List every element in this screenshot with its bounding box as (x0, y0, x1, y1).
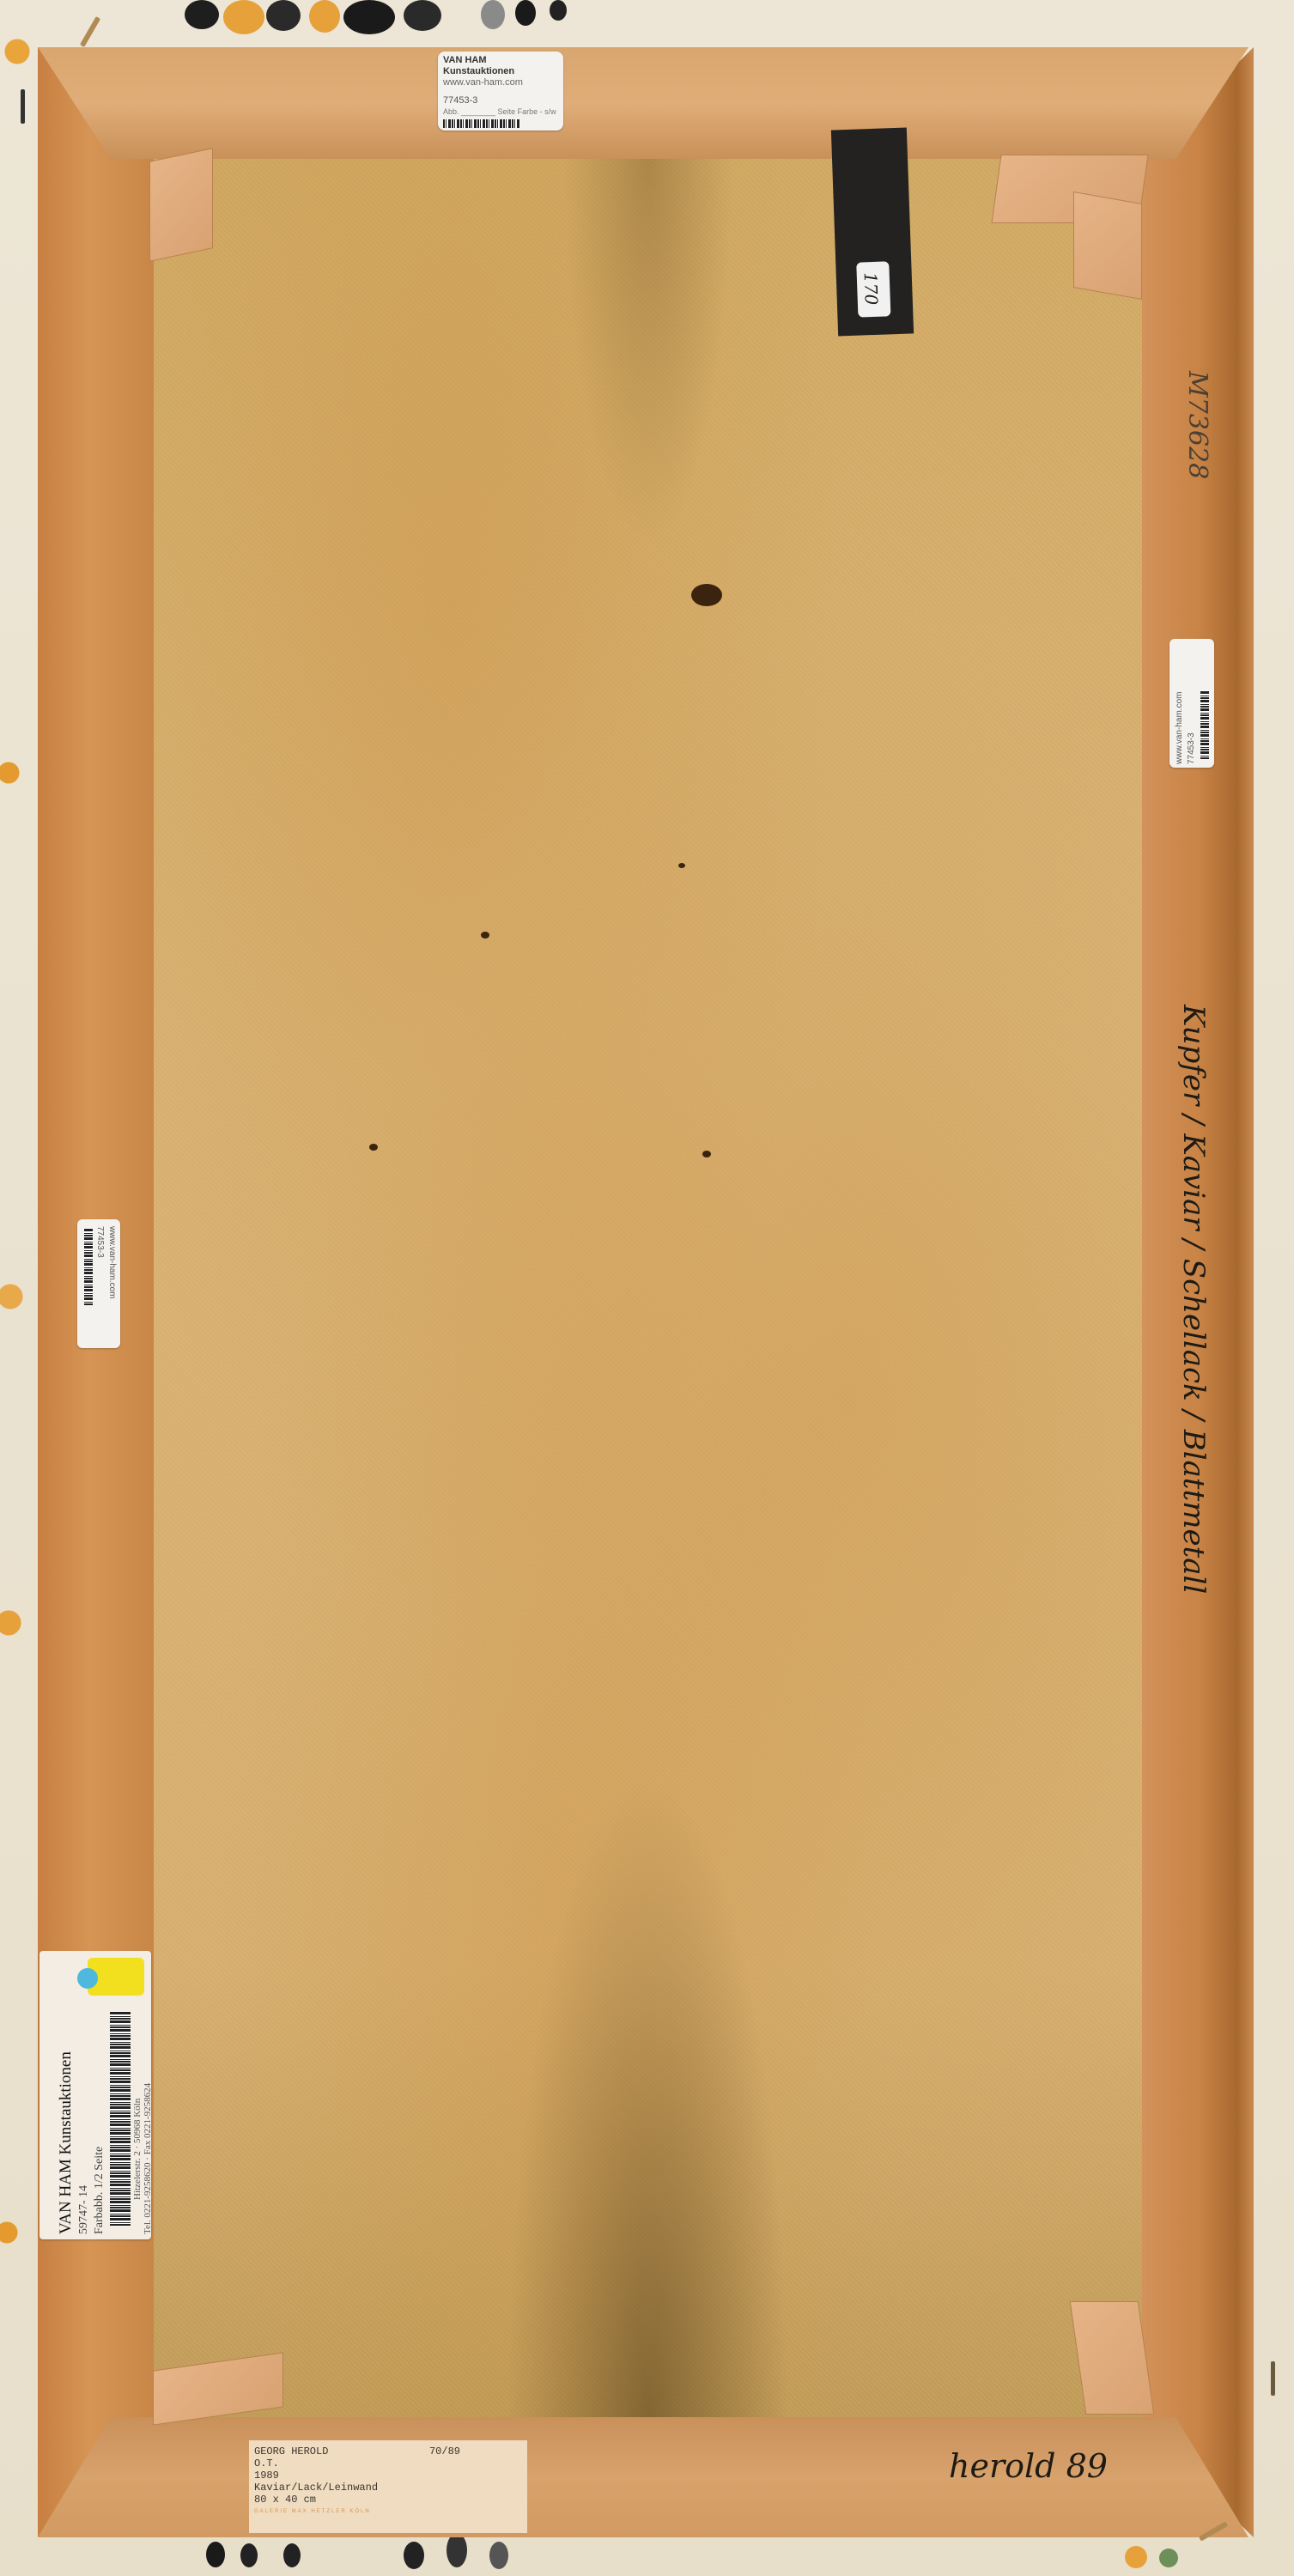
small-lot-label-left: www.van-ham.com 77453-3 (77, 1219, 120, 1348)
label-website: www.van-ham.com (443, 77, 558, 88)
barcode (110, 2011, 131, 2226)
tape-tag-number: 170 (860, 272, 882, 306)
gallery-label-year: 1989 (254, 2470, 522, 2482)
label-website: www.van-ham.com (1175, 692, 1184, 764)
label-lot-number: 77453-3 (95, 1226, 105, 1258)
canvas-stain (678, 863, 685, 868)
corner-key (1073, 191, 1142, 300)
paint-drip (266, 0, 301, 31)
paint-drip (223, 0, 264, 34)
paint-drip (447, 2533, 467, 2567)
canvas-back (154, 159, 1142, 2417)
corner-key (149, 148, 213, 262)
canvas-stain (369, 1144, 378, 1151)
staple (21, 89, 25, 124)
label-company: VAN HAM Kunstauktionen (443, 55, 558, 77)
paint-drip (185, 0, 219, 29)
barcode (1200, 690, 1209, 759)
paint-drip (489, 2542, 508, 2569)
paint-drip (515, 0, 536, 26)
canvas-stain (691, 584, 722, 606)
tape-tag: 170 (856, 261, 890, 317)
auction-label-left: VAN HAM Kunstauktionen 59747- 14 Farbabb… (39, 1951, 151, 2239)
paint-drip (283, 2543, 301, 2567)
small-lot-label-right: www.van-ham.com 77453-3 (1169, 639, 1214, 768)
staple (1271, 2361, 1275, 2396)
gallery-label-title: O.T. (254, 2458, 522, 2470)
paint-drip (343, 0, 395, 34)
gallery-label: GEORG HEROLD 70/89 O.T. 1989 Kaviar/Lack… (249, 2440, 527, 2533)
paint-drip (240, 2543, 258, 2567)
paint-drip (1125, 2546, 1147, 2568)
artist-signature: herold 89 (949, 2447, 1108, 2485)
label-lot-number: 77453-3 (443, 95, 558, 106)
blue-dot (77, 1968, 98, 1989)
label-phone: Tel. 0221-9258620 · Fax 0221-9258624 (143, 2083, 153, 2234)
materials-handwriting: Kupfer / Kaviar / Schellack / Blattmetal… (1176, 1005, 1211, 1594)
label-lot-number: 77453-3 (1187, 732, 1196, 764)
paint-drip (309, 0, 340, 33)
label-company: VAN HAM Kunstauktionen (57, 2051, 76, 2234)
gallery-label-gallery: GALERIE MAX HETZLER KÖLN (254, 2506, 522, 2518)
barcode (443, 119, 520, 128)
stretcher-bar-top (38, 47, 1248, 159)
paint-drip (404, 0, 441, 31)
paint-drip (550, 0, 567, 21)
canvas-stain (481, 932, 489, 939)
label-lot-number: 59747- 14 (77, 2185, 91, 2234)
gallery-label-artist-row: GEORG HEROLD 70/89 (254, 2445, 460, 2458)
paint-drip (1159, 2549, 1178, 2567)
auction-label-top: VAN HAM Kunstauktionen www.van-ham.com 7… (438, 52, 563, 131)
gallery-label-medium: Kaviar/Lack/Leinwand (254, 2482, 522, 2494)
gallery-label-artist: GEORG HEROLD (254, 2445, 328, 2458)
label-note: Farbabb. 1/2 Seite (93, 2147, 106, 2234)
label-note: Abb. ________ Seite Farbe - s/w (443, 106, 558, 118)
inventory-number-handwriting: M73628 (1182, 371, 1212, 479)
black-tape: 170 (831, 128, 914, 337)
label-website: www.van-ham.com (107, 1226, 117, 1298)
paint-drip (206, 2542, 225, 2567)
barcode (84, 1228, 93, 1305)
paint-drip (481, 0, 505, 29)
label-address: Hitzelerstr. 2 · 50968 Köln (132, 2099, 143, 2200)
paint-drip (404, 2542, 424, 2569)
gallery-label-dimensions: 80 x 40 cm (254, 2494, 522, 2506)
gallery-label-edition: 70/89 (429, 2445, 460, 2458)
canvas-stain (702, 1151, 711, 1157)
